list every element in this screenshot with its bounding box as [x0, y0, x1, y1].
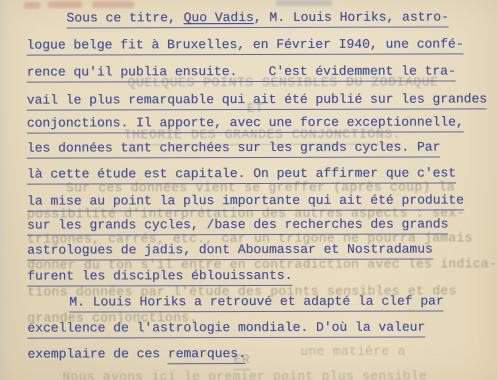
line-text: conjonctions. Il apporte, avec une force… — [27, 114, 464, 133]
line1-post: , M. Louis Horiks, astro- — [254, 9, 449, 28]
typed-line-3: rence qu'il publia ensuite. C'est évidem… — [27, 63, 456, 79]
typed-line-11: furent les disciples éblouissants. — [27, 268, 292, 284]
line-text: sur les grands cycles, /base des recherc… — [27, 216, 448, 235]
typed-line-12: M. Louis Horiks a retrouvé et adapté la … — [69, 293, 444, 309]
line-text: rence qu'il publia ensuite. C'est évidem… — [27, 63, 456, 82]
line-text: furent les disciples éblouissants. — [27, 268, 292, 287]
word-quo-vadis: Quo Vadis — [184, 10, 254, 28]
line-text: M. Louis Horiks a retrouvé et adapté la … — [69, 293, 444, 312]
typed-text-layer: Sous ce titre, Quo Vadis, M. Louis Horik… — [0, 0, 497, 380]
typed-line-13: excellence de l'astrologie mondiale. D'o… — [27, 320, 425, 336]
line-text: la mise au point la plus importante qui … — [27, 192, 464, 211]
line-text: là cette étude est capitale. On peut aff… — [27, 165, 456, 184]
typed-line-6: les données tant cherchées sur les grand… — [27, 139, 441, 155]
typed-line-9: sur les grands cycles, /base des recherc… — [27, 216, 448, 232]
typewritten-document-page: QUELQUES POINTS SENSIBLES DU ZODIAQUE ET… — [0, 0, 497, 380]
typed-line-1: Sous ce titre, Quo Vadis, M. Louis Horik… — [67, 9, 449, 25]
typed-line-10: astrologues de jadis, dont Aboumassar et… — [27, 242, 433, 258]
typed-line-4: vail le plus remarquable qui ait été pub… — [27, 91, 487, 107]
word-remarques: remarques. — [168, 346, 246, 364]
line-text: logue belge fit à Bruxelles, en Février … — [27, 36, 464, 55]
typed-line-7: là cette étude est capitale. On peut aff… — [27, 165, 456, 181]
typed-line-2: logue belge fit à Bruxelles, en Février … — [27, 36, 464, 52]
typed-line-5: conjonctions. Il apporte, avec une force… — [27, 114, 464, 130]
line14-plain: exemplaire de ces — [27, 346, 167, 364]
line-text: astrologues de jadis, dont Aboumassar et… — [27, 242, 433, 261]
line-text: vail le plus remarquable qui ait été pub… — [27, 91, 487, 110]
typed-line-8: la mise au point la plus importante qui … — [27, 192, 464, 208]
line-text: les données tant cherchées sur les grand… — [27, 139, 441, 158]
line1-pre: Sous ce titre, — [67, 10, 184, 28]
typed-line-14: exemplaire de ces remarques. — [27, 346, 245, 362]
line-text: excellence de l'astrologie mondiale. D'o… — [27, 320, 425, 339]
